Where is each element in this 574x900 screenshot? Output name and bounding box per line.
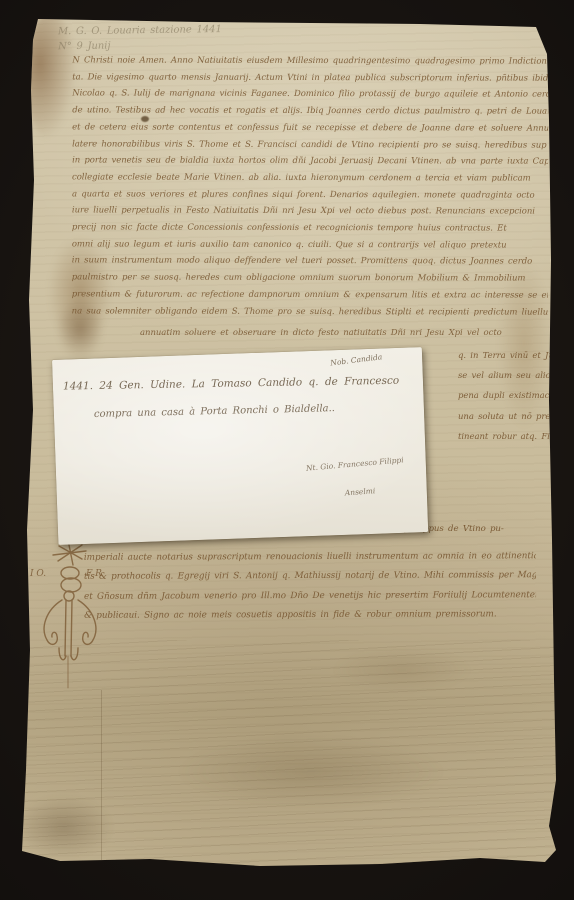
slip-signature-line2: Anselmi (345, 486, 376, 497)
slip-note-line2: compra una casa à Porta Ronchi o Bialdel… (94, 402, 394, 420)
text-line: tis & prothocolis q. Egregij viri S. Ant… (84, 567, 536, 588)
notary-signum: I O. F R (28, 538, 112, 690)
text-line: in suum instrumentum modo aliquo deffend… (72, 253, 548, 271)
text-line: et de cetera eius sorte contentus et con… (72, 119, 548, 137)
text-line: presentium & futurorum. ac refectione da… (72, 286, 548, 304)
text-line: iure liuelli perpetualis in Festo Natiui… (72, 203, 548, 221)
deed-partial-line: annuatim soluere et obseruare in dicto f… (140, 328, 548, 338)
text-line: Nicolao q. S. Iulij de marignana vicinis… (72, 86, 548, 104)
slip-corner-note: Nob. Candida (330, 352, 383, 367)
signum-right-prong (78, 600, 96, 644)
deed-right-fragments: q. in Terra vinū et Juse vel alium seu a… (458, 346, 552, 447)
signum-center-prong (71, 600, 72, 656)
signum-knot (61, 578, 81, 592)
notary-signum-drawing: I O. F R (28, 538, 112, 690)
text-line: a quarta et suos veriores et plures conf… (72, 186, 548, 204)
archival-note-line2: N° 9 Junij (58, 35, 388, 55)
text-line: omni alij suo legum et iuris auxilio tam… (72, 236, 548, 254)
text-line: ta. Die vigesimo quarto mensis Januarij.… (72, 69, 548, 87)
text-line: latere honorabilibus viris S. Thome et S… (72, 136, 548, 154)
text-line: una soluta ut nō presens (458, 407, 552, 427)
notary-initials-left: I O. (29, 569, 46, 579)
text-line: et Gñosum dñm Jacobum venerio pro Ill.mo… (84, 586, 536, 607)
stain-lower-right (332, 648, 472, 692)
parchment-sheet: M. G. O. Louaria stazione 1441 N° 9 Juni… (0, 0, 574, 900)
notary-initials-right: F R (85, 569, 102, 579)
signum-center-prong (65, 600, 66, 656)
text-line: N Christi noie Amen. Anno Natiuitatis ei… (72, 52, 548, 70)
vertical-crease (101, 690, 102, 862)
paper-slip: Nob. Candida 1441. 24 Gen. Udine. La Tom… (52, 347, 428, 545)
text-line: tineant robur atq. Fir- (458, 427, 552, 447)
text-line: in porta venetis seu de bialdia iuxta ho… (72, 153, 548, 171)
signum-left-prong (44, 600, 62, 644)
slip-note-line1: 1441. 24 Gen. Udine. La Tomaso Candido q… (63, 374, 415, 392)
text-line: & publicaui. Signo ac noie meis cosuetis… (84, 605, 536, 626)
text-line: de utino. Testibus ad hec vocatis et rog… (72, 102, 548, 120)
archival-notes: M. G. O. Louaria stazione 1441 N° 9 Juni… (58, 20, 388, 55)
stain-bottom-center (176, 736, 446, 808)
text-line: imperiali aucte notarius suprascriptum r… (84, 547, 536, 568)
text-line: q. in Terra vinū et Ju (458, 346, 552, 366)
signum-knot (61, 567, 79, 579)
photograph-background: M. G. O. Louaria stazione 1441 N° 9 Juni… (0, 0, 574, 900)
stain-bottom-left (16, 796, 112, 858)
deed-paragraph: N Christi noie Amen. Anno Natiuitatis ei… (72, 52, 549, 320)
closing-paragraph: imperiali aucte notarius suprascriptum r… (84, 547, 536, 626)
text-line: se vel alium seu alios (458, 366, 552, 386)
text-line: pena dupli existimacōis no- (458, 386, 552, 406)
signum-right-foot (71, 648, 78, 660)
text-line: collegiate ecclesie beate Marie Vtinen. … (72, 169, 548, 187)
text-line: paulmistro per se suosq. heredes cum obl… (72, 270, 548, 288)
text-line: precij non sic facte dicte Concessionis … (72, 219, 548, 237)
slip-signature-line1: Nt. Gio. Francesco Filippi (306, 455, 404, 473)
text-line: na sua solemniter obligando eidem S. Tho… (72, 303, 548, 321)
